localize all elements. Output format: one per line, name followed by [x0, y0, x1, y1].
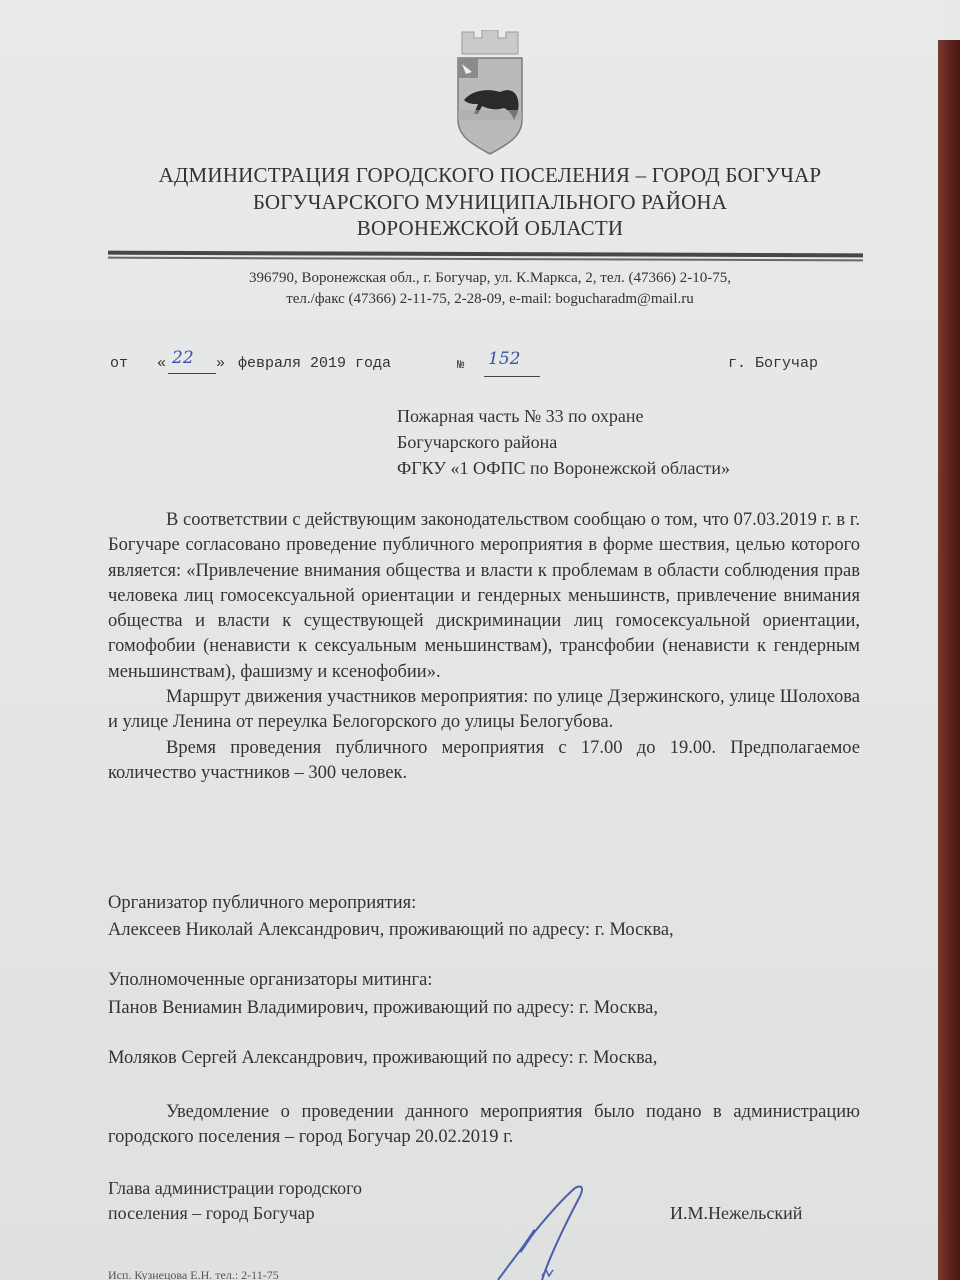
date-close-quote: »: [216, 355, 225, 372]
header-line-1: АДМИНИСТРАЦИЯ ГОРОДСКОГО ПОСЕЛЕНИЯ – ГОР…: [100, 163, 880, 188]
number-sign: №: [457, 358, 464, 372]
document-number-handwritten: 152: [488, 349, 520, 369]
date-open-quote: «: [157, 355, 166, 372]
notice-text: Уведомление о проведении данного меропри…: [108, 1100, 860, 1151]
organizer-label: Организатор публичного мероприятия:: [108, 893, 860, 914]
signatory-name: И.М.Нежельский: [670, 1203, 802, 1224]
authorized-organizers-label: Уполномоченные организаторы митинга:: [108, 970, 860, 991]
recipient-line-2: Богучарского района: [397, 432, 557, 453]
header-divider-thin: [108, 257, 863, 262]
executor-info: Исп. Кузнецова Е.Н. тел.: 2-11-75: [108, 1268, 279, 1280]
body-text: В соответствии с действующим законодател…: [108, 508, 860, 786]
paragraph-time: Время проведения публичного мероприятия …: [108, 736, 860, 787]
paragraph-route: Маршрут движения участников мероприятия:…: [108, 685, 860, 736]
recipient-line-1: Пожарная часть № 33 по охране: [397, 406, 643, 427]
header-line-2: БОГУЧАРСКОГО МУНИЦИПАЛЬНОГО РАЙОНА: [100, 190, 880, 215]
organizer-entry: Алексеев Николай Александрович, проживаю…: [108, 920, 860, 941]
paragraph-event-purpose: В соответствии с действующим законодател…: [108, 508, 860, 685]
background-edge: [938, 0, 960, 1280]
signatory-title-line-1: Глава администрации городского: [108, 1178, 362, 1199]
address-line-2: тел./факс (47366) 2-11-75, 2-28-09, e-ma…: [100, 291, 880, 308]
handwritten-signature-icon: [490, 1180, 600, 1280]
letter-page: АДМИНИСТРАЦИЯ ГОРОДСКОГО ПОСЕЛЕНИЯ – ГОР…: [0, 0, 940, 1280]
authorized-organizer-2: Моляков Сергей Александрович, проживающи…: [108, 1048, 860, 1069]
paragraph-notice: Уведомление о проведении данного меропри…: [108, 1100, 860, 1151]
background-edge-top: [938, 0, 960, 40]
header-line-3: ВОРОНЕЖСКОЙ ОБЛАСТИ: [100, 216, 880, 241]
date-day-underline: [168, 373, 216, 374]
signatory-title-line-2: поселения – город Богучар: [108, 1203, 315, 1224]
coat-of-arms-icon: [440, 30, 540, 155]
document-number-underline: [484, 376, 540, 377]
address-line-1: 396790, Воронежская обл., г. Богучар, ул…: [100, 270, 880, 287]
date-month-year: февраля 2019 года: [238, 355, 391, 372]
authorized-organizer-1: Панов Вениамин Владимирович, проживающий…: [108, 998, 860, 1019]
city: г. Богучар: [728, 355, 818, 372]
date-day-handwritten: 22: [172, 348, 194, 368]
recipient-line-3: ФГКУ «1 ОФПС по Воронежской области»: [397, 458, 730, 479]
date-prefix: от: [110, 355, 128, 372]
